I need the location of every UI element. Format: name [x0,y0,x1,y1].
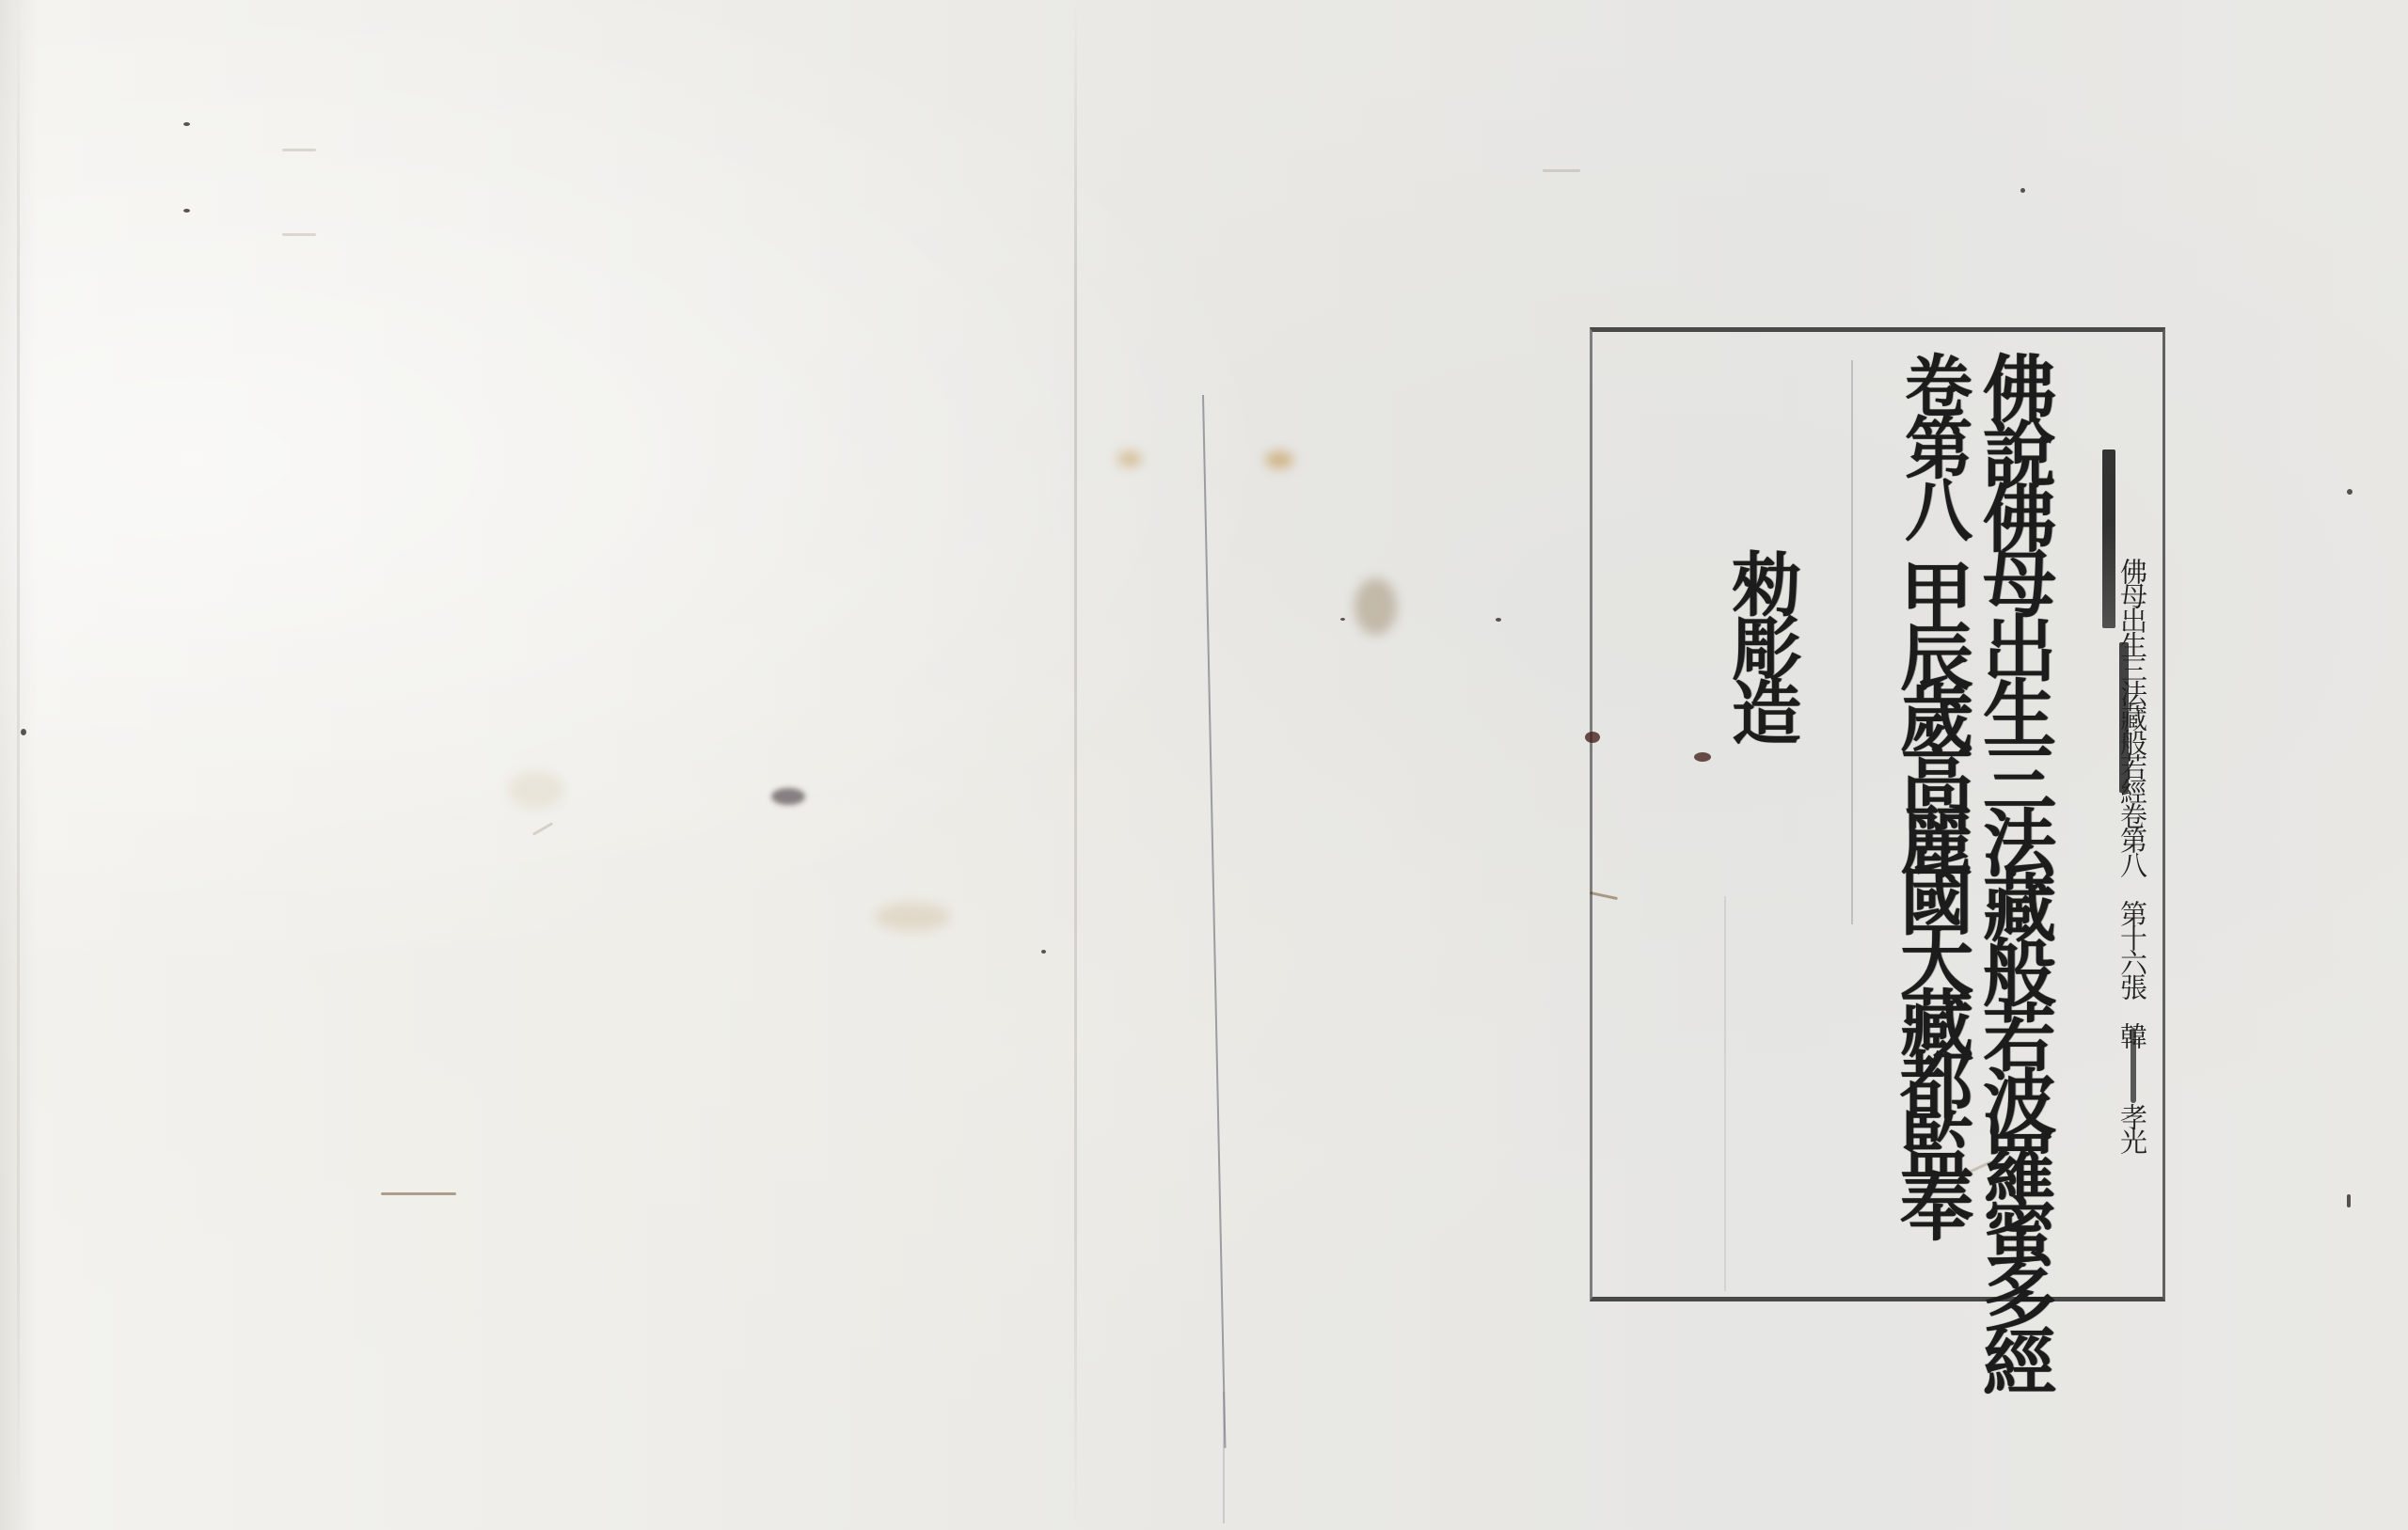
sutra-title-column: 佛說佛母出生三法藏般若波羅蜜多經 [1976,351,2050,1389]
ink-speck [2347,489,2353,495]
damp-stain [1354,578,1397,635]
paper-fiber [381,1192,456,1195]
paper-fold-line [1074,0,1077,1530]
ink-speck [183,122,190,126]
ghost-ruling-line [1724,896,1726,1291]
margin-series-mark: 韓 [2118,1022,2146,1047]
fish-tail-ornament [2102,450,2115,628]
ink-speck [21,729,26,735]
woodblock-print-frame: 佛說佛母出生三法藏般若波羅蜜多經 卷第八 甲辰歲高麗國大藏都監奉 勑彫造 佛母出… [1590,327,2165,1301]
paper-fiber [282,233,316,236]
paper-fold-line-left [17,0,20,1530]
ink-speck [1340,618,1345,621]
ink-speck [2020,188,2025,193]
ink-blot [1694,752,1711,762]
margin-column: 佛母出生三法藏般若經卷第八第十六張韓孝光 [2118,558,2146,1152]
scanned-page: 佛說佛母出生三法藏般若波羅蜜多經 卷第八 甲辰歲高麗國大藏都監奉 勑彫造 佛母出… [0,0,2408,1530]
dark-spot [771,788,805,805]
colophon-decree-column: 勑彫造 [1726,548,1796,740]
ink-speck [1041,950,1046,954]
paper-fiber [532,822,553,836]
ghost-ruling-line [1851,360,1853,924]
paper-fiber [1543,169,1580,172]
margin-carver-mark: 孝光 [2118,1103,2146,1152]
ink-speck [2347,1194,2351,1207]
margin-leaf-number: 第十六張 [2118,900,2146,998]
colophon-office-column: 甲辰歲高麗國大藏都監奉 [1893,558,1967,1230]
foxing-stain [1117,451,1142,466]
ink-speck [183,209,190,213]
margin-short-title: 佛母出生三法藏般若經卷第八 [2118,558,2146,875]
pencil-ruling-line [1202,395,1226,1448]
faint-stain [875,903,950,931]
volume-number-column: 卷第八 [1899,351,1967,537]
foxing-stain [1265,451,1293,468]
paper-fiber [282,149,316,151]
ghost-impression [1668,388,1747,439]
ink-speck [1496,618,1501,622]
faint-stain [508,771,564,809]
ink-blot [1585,732,1600,743]
pencil-ruling-line-faint [1223,1392,1225,1523]
